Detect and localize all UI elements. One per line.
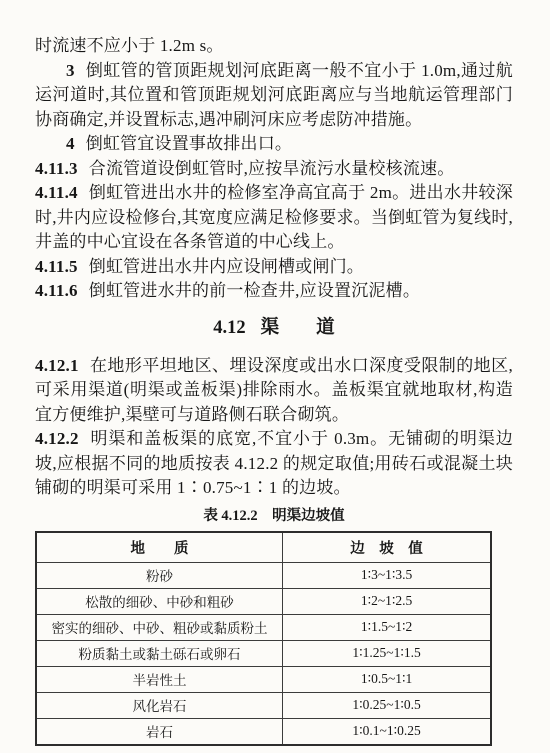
clause-text: 在地形平坦地区、埋设深度或出水口深度受限制的地区,可采用渠道(明渠或盖板渠)排除… [35, 356, 513, 424]
clause-number: 4.12.2 [35, 429, 79, 448]
clause-text: 倒虹管宜设置事故排出口。 [86, 134, 292, 153]
clause-number: 4.11.3 [35, 159, 78, 178]
section-number: 4.12 [213, 318, 245, 338]
clause-4-11-3: 4.11.3合流管道设倒虹管时,应按旱流污水量校核流速。 [35, 157, 513, 182]
slope-value-column-header: 边 坡 值 [283, 532, 491, 563]
clause-number: 4.11.5 [35, 257, 78, 276]
clause-4-11-5: 4.11.5倒虹管进出水井内应设闸槽或闸门。 [35, 255, 513, 280]
geology-cell: 粉砂 [36, 562, 283, 588]
geology-cell: 岩石 [36, 718, 283, 745]
clause-text: 倒虹管进出水井内应设闸槽或闸门。 [89, 257, 364, 276]
slope-value-cell: 1∶0.1~1∶0.25 [283, 718, 491, 745]
table-caption: 表 4.12.2 明渠边坡值 [35, 507, 513, 525]
section-title: 渠 道 [261, 318, 335, 338]
table-row: 松散的细砂、中砂和粗砂 1∶2~1∶2.5 [36, 588, 491, 614]
clause-text: 合流管道设倒虹管时,应按旱流污水量校核流速。 [89, 159, 455, 178]
list-item-4: 4倒虹管宜设置事故排出口。 [35, 132, 513, 157]
geology-column-header: 地 质 [36, 532, 283, 563]
page-content: 时流速不应小于 1.2m s。 3倒虹管的管顶距规划河底距离一般不宜小于 1.0… [35, 34, 513, 746]
slope-value-cell: 1∶1.25~1∶1.5 [283, 640, 491, 666]
clause-text: 时流速不应小于 1.2m s。 [35, 36, 224, 55]
table-row: 粉质黏土或黏土砾石或卵石 1∶1.25~1∶1.5 [36, 640, 491, 666]
clause-text: 倒虹管进出水井的检修室净高宜高于 2m。进出水井较深时,井内应设检修台,其宽度应… [35, 183, 513, 251]
clause-4-11-6: 4.11.6倒虹管进水井的前一检查井,应设置沉泥槽。 [35, 279, 513, 304]
clause-number: 4.11.6 [35, 281, 78, 300]
slope-value-cell: 1∶3~1∶3.5 [283, 562, 491, 588]
clause-number: 3 [66, 61, 75, 80]
slope-value-cell: 1∶2~1∶2.5 [283, 588, 491, 614]
clause-text: 明渠和盖板渠的底宽,不宜小于 0.3m。无铺砌的明渠边坡,应根据不同的地质按表 … [35, 429, 513, 497]
slope-value-table: 地 质 边 坡 值 粉砂 1∶3~1∶3.5 松散的细砂、中砂和粗砂 1∶2~1… [35, 531, 492, 746]
clause-4-11-4: 4.11.4倒虹管进出水井的检修室净高宜高于 2m。进出水井较深时,井内应设检修… [35, 181, 513, 255]
section-heading-4-12: 4.12渠 道 [35, 315, 513, 342]
table-row: 粉砂 1∶3~1∶3.5 [36, 562, 491, 588]
paragraph-continuation: 时流速不应小于 1.2m s。 [35, 34, 513, 59]
clause-number: 4 [66, 134, 75, 153]
clause-4-12-2: 4.12.2明渠和盖板渠的底宽,不宜小于 0.3m。无铺砌的明渠边坡,应根据不同… [35, 427, 513, 501]
table-row: 密实的细砂、中砂、粗砂或黏质粉土 1∶1.5~1∶2 [36, 614, 491, 640]
table-header-row: 地 质 边 坡 值 [36, 532, 491, 563]
clause-number: 4.12.1 [35, 356, 79, 375]
clause-text: 倒虹管进水井的前一检查井,应设置沉泥槽。 [89, 281, 420, 300]
table-row: 风化岩石 1∶0.25~1∶0.5 [36, 692, 491, 718]
geology-cell: 风化岩石 [36, 692, 283, 718]
slope-value-cell: 1∶1.5~1∶2 [283, 614, 491, 640]
slope-value-cell: 1∶0.5~1∶1 [283, 666, 491, 692]
table-row: 半岩性土 1∶0.5~1∶1 [36, 666, 491, 692]
list-item-3: 3倒虹管的管顶距规划河底距离一般不宜小于 1.0m,通过航运河道时,其位置和管顶… [35, 59, 513, 133]
geology-cell: 粉质黏土或黏土砾石或卵石 [36, 640, 283, 666]
clause-number: 4.11.4 [35, 183, 78, 202]
geology-cell: 松散的细砂、中砂和粗砂 [36, 588, 283, 614]
geology-cell: 密实的细砂、中砂、粗砂或黏质粉土 [36, 614, 283, 640]
slope-value-cell: 1∶0.25~1∶0.5 [283, 692, 491, 718]
document-page: 时流速不应小于 1.2m s。 3倒虹管的管顶距规划河底距离一般不宜小于 1.0… [0, 0, 550, 753]
clause-text: 倒虹管的管顶距规划河底距离一般不宜小于 1.0m,通过航运河道时,其位置和管顶距… [35, 61, 513, 129]
geology-cell: 半岩性土 [36, 666, 283, 692]
clause-4-12-1: 4.12.1在地形平坦地区、埋设深度或出水口深度受限制的地区,可采用渠道(明渠或… [35, 354, 513, 428]
table-row: 岩石 1∶0.1~1∶0.25 [36, 718, 491, 745]
